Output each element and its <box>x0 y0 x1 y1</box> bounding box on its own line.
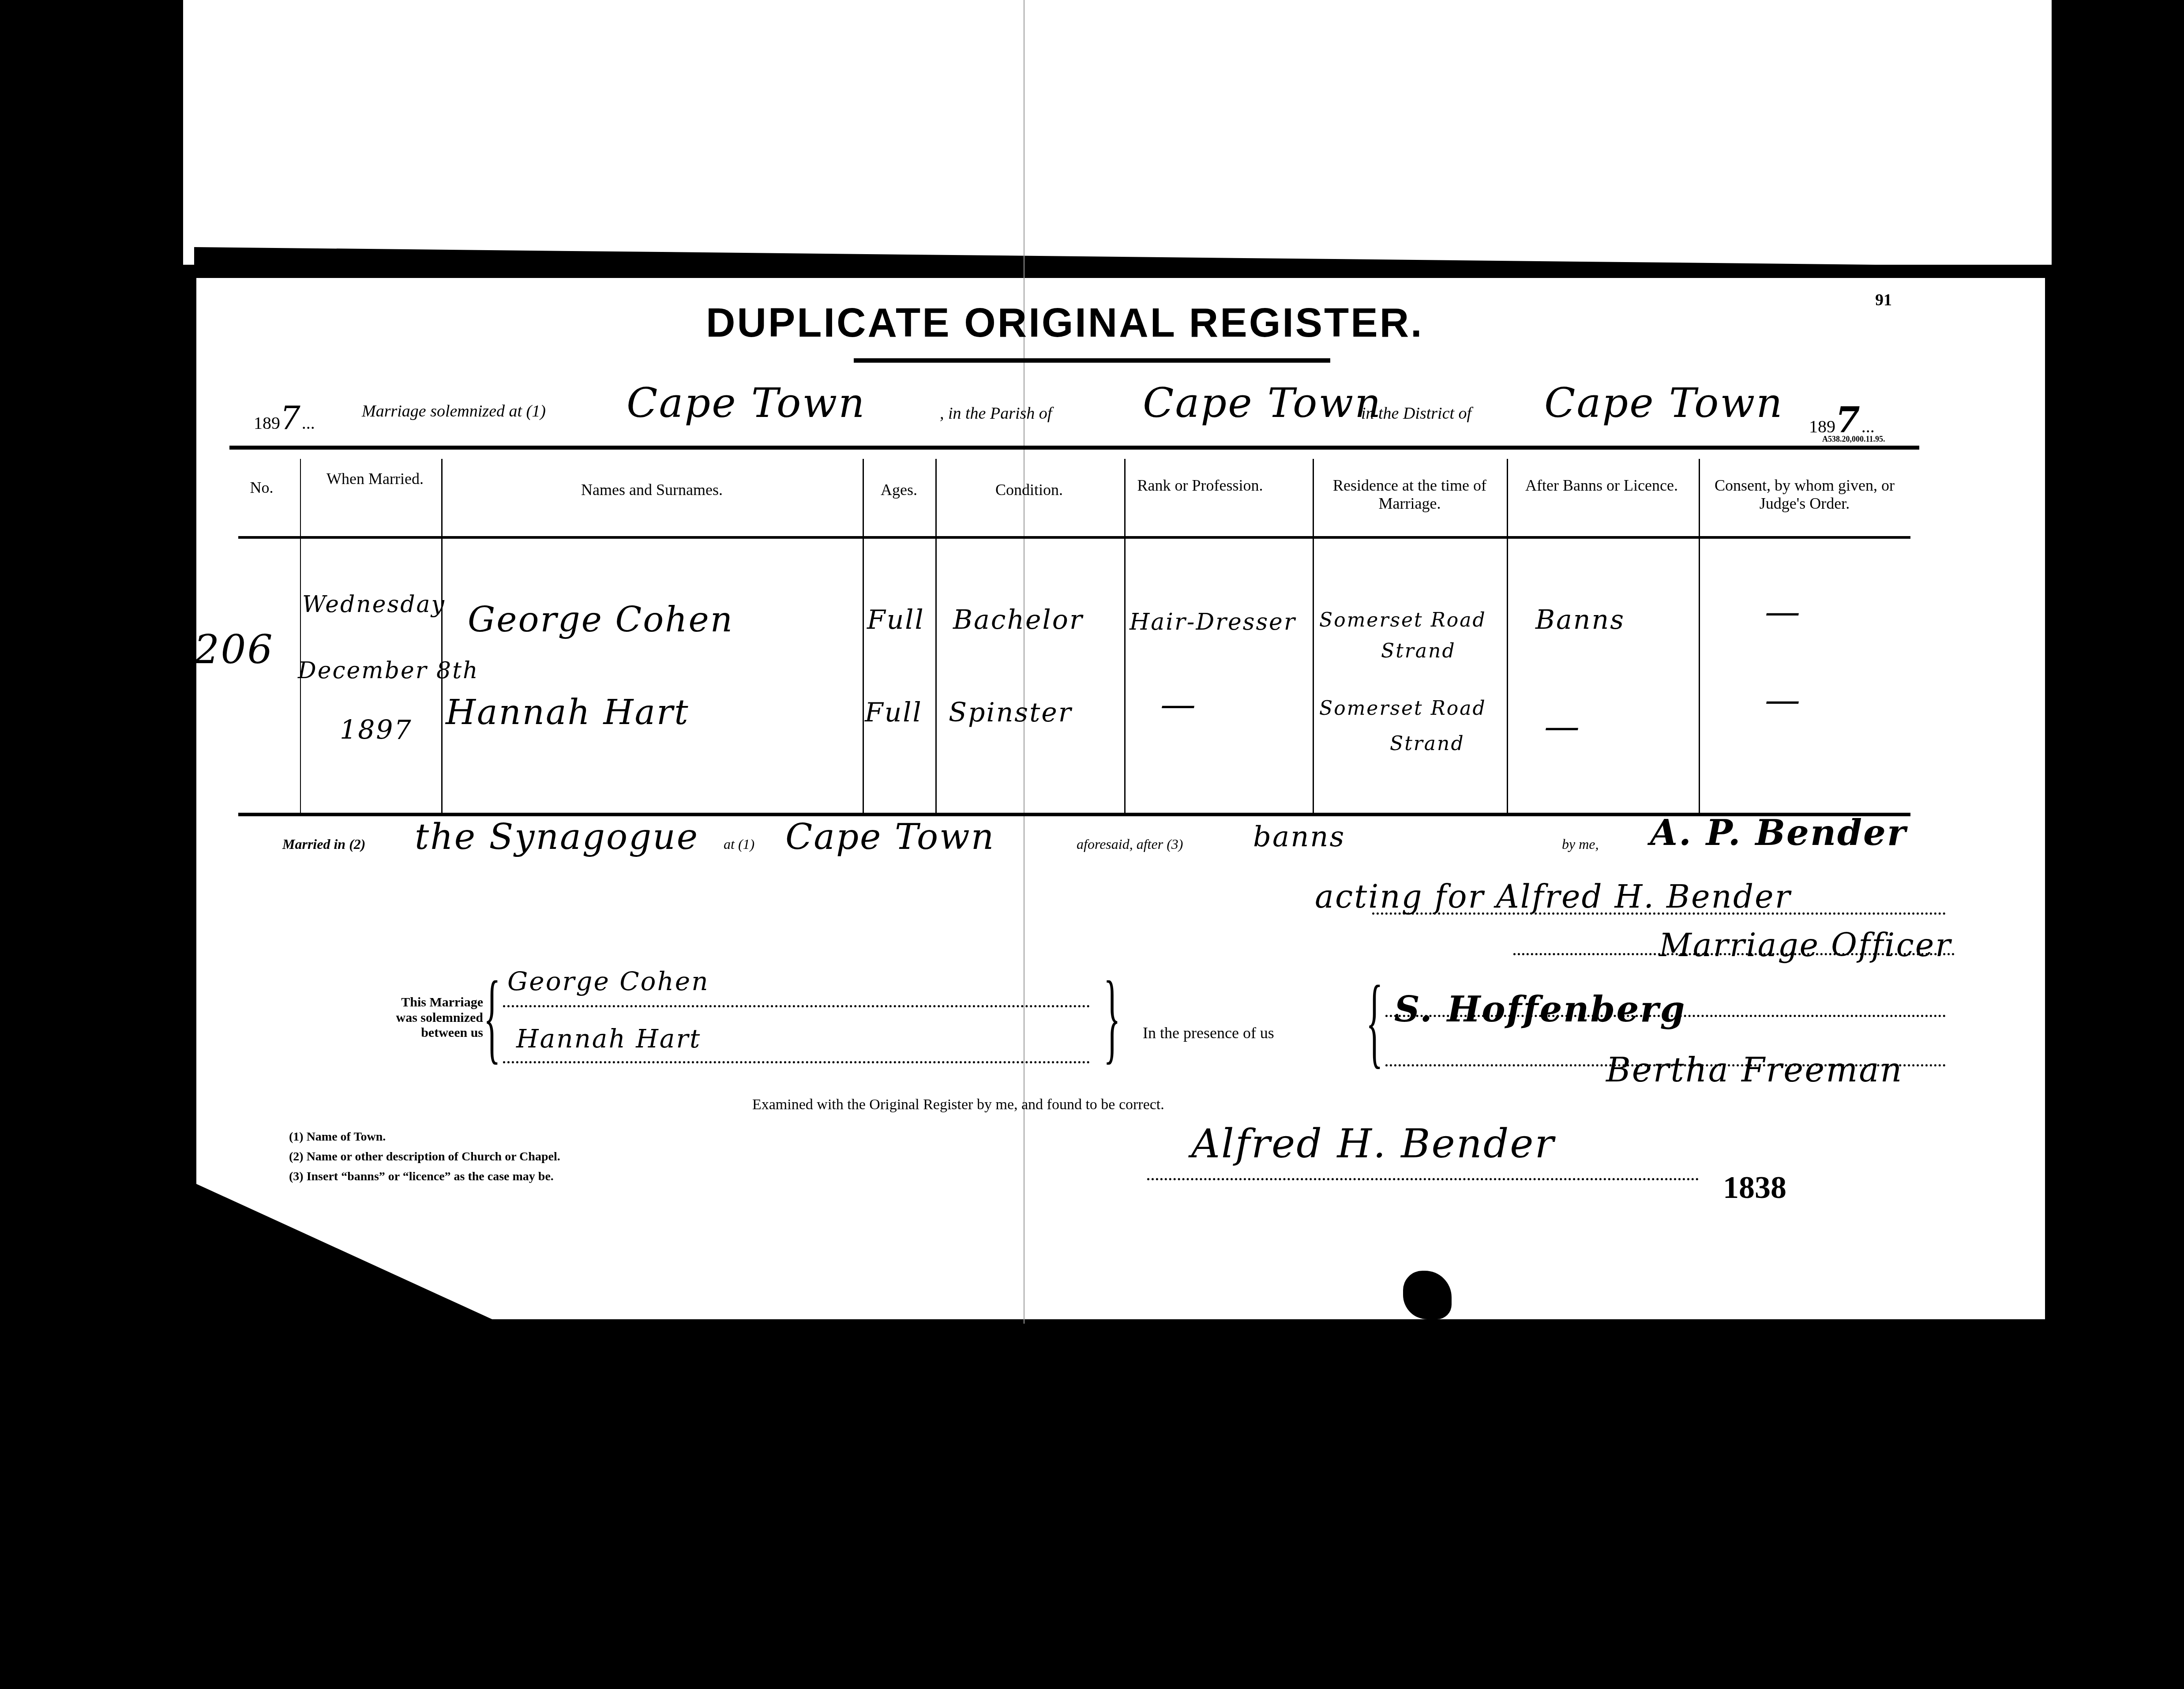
groom-rank: Hair-Dresser <box>1130 609 1296 635</box>
col-header-consent: Consent, by whom given, or Judge's Order… <box>1703 477 1906 513</box>
year-prefix-left: 189 <box>254 413 280 433</box>
presence-label: In the presence of us <box>1143 1024 1274 1042</box>
acting-for-signature: acting for Alfred H. Bender <box>1315 878 1791 915</box>
married-in-value: the Synagogue <box>415 816 699 857</box>
col-divider-2 <box>441 459 443 816</box>
col-divider-1 <box>300 459 301 816</box>
col-divider-7 <box>1507 459 1508 816</box>
col-header-ages: Ages. <box>863 481 935 499</box>
left-brace: { <box>484 966 501 1068</box>
after-value: banns <box>1253 821 1345 853</box>
parish-label: , in the Parish of <box>940 404 1052 423</box>
solemnized-between-label: This Marriage was solemnized between us <box>329 995 483 1041</box>
groom-residence-line1: Somerset Road <box>1319 609 1486 631</box>
col-header-when: When Married. <box>309 470 441 488</box>
page-number: 91 <box>1875 290 1892 310</box>
register-stamp-number: 1838 <box>1723 1169 1786 1206</box>
entry-date-day: Wednesday <box>302 591 446 618</box>
acting-for-dotted-line <box>1372 912 1946 915</box>
col-header-condition: Condition. <box>935 481 1123 499</box>
bride-residence-line1: Somerset Road <box>1319 697 1486 720</box>
witness-2-signature: Bertha Freeman <box>1606 1050 1903 1089</box>
groom-age: Full <box>867 604 925 635</box>
by-me-label: by me, <box>1562 836 1599 852</box>
aforesaid-label: aforesaid, after (3) <box>1077 836 1183 852</box>
entry-date-month: December 8th <box>298 657 479 684</box>
witness-1-line <box>1385 1015 1946 1017</box>
bride-consent: — <box>1765 679 1801 721</box>
bride-name: Hannah Hart <box>446 693 690 732</box>
year-left: 1897... <box>254 399 315 436</box>
examiner-dotted-line <box>1147 1178 1699 1180</box>
header-rule <box>229 446 1919 450</box>
district-label: in the District of <box>1361 404 1471 423</box>
groom-consent: — <box>1765 591 1801 632</box>
year-digit-left: 7 <box>280 399 302 436</box>
groom-banns: Banns <box>1535 604 1625 635</box>
officer-title: Marriage Officer <box>1659 927 1952 964</box>
married-in-label: Married in (2) <box>282 836 365 852</box>
binding-guide-line <box>1024 0 1024 1324</box>
officer-dotted-line <box>1513 953 1955 955</box>
witness-brace: { <box>1366 971 1383 1072</box>
label-line-1: This Marriage <box>329 995 483 1010</box>
footnote-3: (3) Insert “banns” or “licence” as the c… <box>289 1167 560 1187</box>
bride-signature-line <box>503 1061 1090 1063</box>
form-code: A538.20,000.11.95. <box>1822 435 1885 444</box>
col-divider-5 <box>1124 459 1126 816</box>
at-label: at (1) <box>724 836 754 852</box>
column-header-rule <box>238 536 1910 539</box>
col-divider-3 <box>863 459 864 816</box>
label-line-2: was solemnized <box>329 1010 483 1026</box>
bride-rank: — <box>1160 684 1197 725</box>
parish-value: Cape Town <box>1143 379 1382 427</box>
bride-banns: — <box>1544 706 1581 747</box>
title-underline <box>854 358 1330 363</box>
at-value: Cape Town <box>785 816 995 857</box>
groom-signature-line <box>503 1005 1090 1007</box>
col-divider-6 <box>1313 459 1314 816</box>
groom-signature: George Cohen <box>507 966 709 996</box>
entry-number: 206 <box>194 627 274 673</box>
col-header-rank: Rank or Profession. <box>1134 477 1266 495</box>
examiner-signature: Alfred H. Bender <box>1191 1121 1555 1167</box>
witness-1-signature: S. Hoffenberg <box>1394 988 1686 1030</box>
bride-residence-line2: Strand <box>1390 732 1465 755</box>
previous-page-blank <box>183 0 2052 265</box>
col-header-names: Names and Surnames. <box>441 481 863 499</box>
district-value: Cape Town <box>1544 379 1783 427</box>
solemnized-at-value: Cape Town <box>627 379 866 427</box>
footnote-2: (2) Name or other description of Church … <box>289 1147 560 1167</box>
groom-name: George Cohen <box>468 600 734 640</box>
bride-signature: Hannah Hart <box>516 1024 701 1054</box>
bride-age: Full <box>865 697 923 728</box>
officiant-signature: A. P. Bender <box>1650 812 1907 853</box>
groom-condition: Bachelor <box>953 604 1084 635</box>
col-header-no: No. <box>242 479 281 497</box>
footnotes: (1) Name of Town. (2) Name or other desc… <box>289 1127 560 1186</box>
page-title: DUPLICATE ORIGINAL REGISTER. <box>706 300 1424 346</box>
col-divider-4 <box>935 459 937 816</box>
col-divider-8 <box>1699 459 1700 816</box>
bride-condition: Spinster <box>949 697 1072 728</box>
entry-date-year: 1897 <box>340 715 413 746</box>
label-line-3: between us <box>329 1025 483 1041</box>
col-header-residence: Residence at the time of Marriage. <box>1313 477 1507 513</box>
groom-residence-line2: Strand <box>1381 640 1456 662</box>
footnote-1: (1) Name of Town. <box>289 1127 560 1147</box>
right-brace: } <box>1103 966 1121 1068</box>
marriage-solemnized-label: Marriage solemnized at (1) <box>362 402 546 421</box>
col-header-banns: After Banns or Licence. <box>1518 477 1685 495</box>
examined-statement: Examined with the Original Register by m… <box>752 1096 1164 1113</box>
year-prefix-right: 189 <box>1809 417 1835 436</box>
